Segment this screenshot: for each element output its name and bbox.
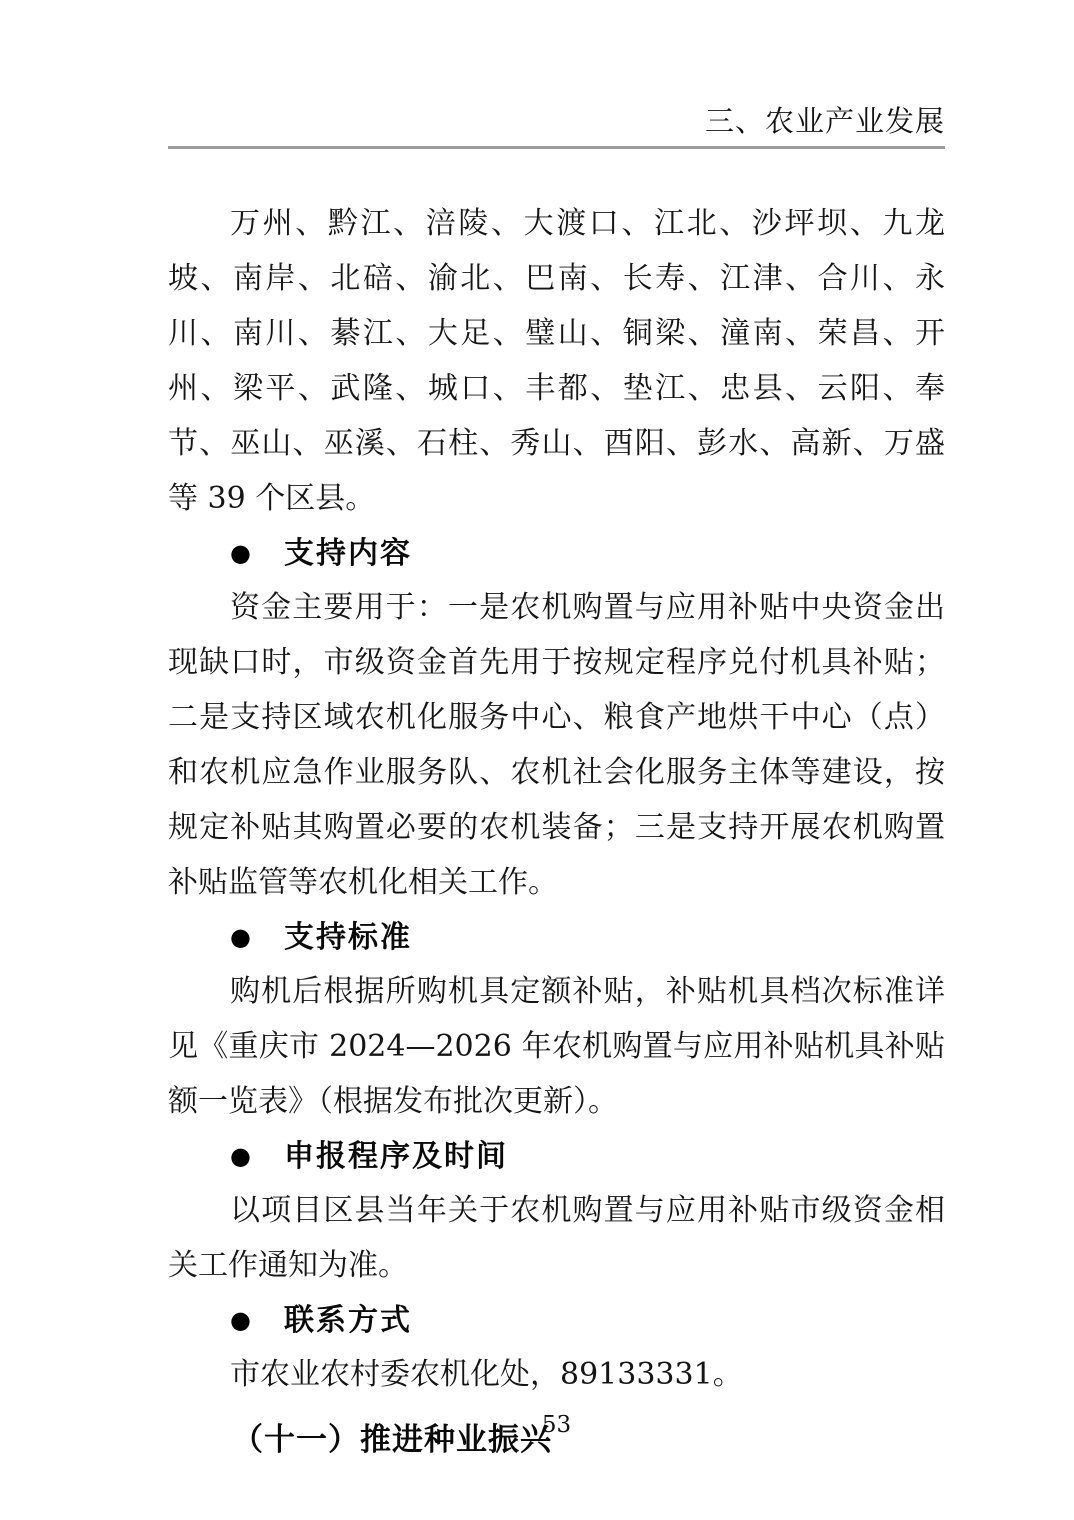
header-title: 三、农业产业发展 — [705, 104, 945, 138]
document-page: 三、农业产业发展 万州、黔江、涪陵、大渡口、江北、沙坪坝、九龙坡、南岸、北碚、渝… — [168, 0, 945, 1468]
bullet-icon: ● — [230, 526, 251, 580]
page-number: 53 — [542, 1412, 571, 1438]
section-heading-label: 申报程序及时间 — [284, 1139, 508, 1174]
section-heading-support-standard: ● 支持标准 — [168, 910, 945, 964]
page-footer: 53 — [168, 1412, 945, 1438]
section-heading-support-content: ● 支持内容 — [168, 526, 945, 580]
bullet-icon: ● — [230, 1293, 251, 1347]
section-paragraph-support-standard: 购机后根据所购机具定额补贴，补贴机具档次标准详见《重庆市 2024—2026 年… — [168, 964, 945, 1129]
bullet-icon: ● — [230, 1129, 251, 1183]
document-body: 万州、黔江、涪陵、大渡口、江北、沙坪坝、九龙坡、南岸、北碚、渝北、巴南、长寿、江… — [168, 196, 945, 1468]
section-paragraph-support-content: 资金主要用于：一是农机购置与应用补贴中央资金出现缺口时，市级资金首先用于按规定程… — [168, 580, 945, 910]
section-paragraph-contact: 市农业农村委农机化处，89133331。 — [168, 1347, 945, 1402]
section-heading-contact: ● 联系方式 — [168, 1293, 945, 1347]
bullet-icon: ● — [230, 910, 251, 964]
section-heading-label: 支持内容 — [284, 536, 412, 571]
section-heading-label: 联系方式 — [284, 1303, 412, 1338]
section-heading-label: 支持标准 — [284, 920, 412, 955]
section-paragraph-application-procedure: 以项目区县当年关于农机购置与应用补贴市级资金相关工作通知为准。 — [168, 1183, 945, 1293]
section-heading-application-procedure: ● 申报程序及时间 — [168, 1129, 945, 1183]
intro-paragraph: 万州、黔江、涪陵、大渡口、江北、沙坪坝、九龙坡、南岸、北碚、渝北、巴南、长寿、江… — [168, 196, 945, 526]
page-header: 三、农业产业发展 — [168, 0, 945, 149]
